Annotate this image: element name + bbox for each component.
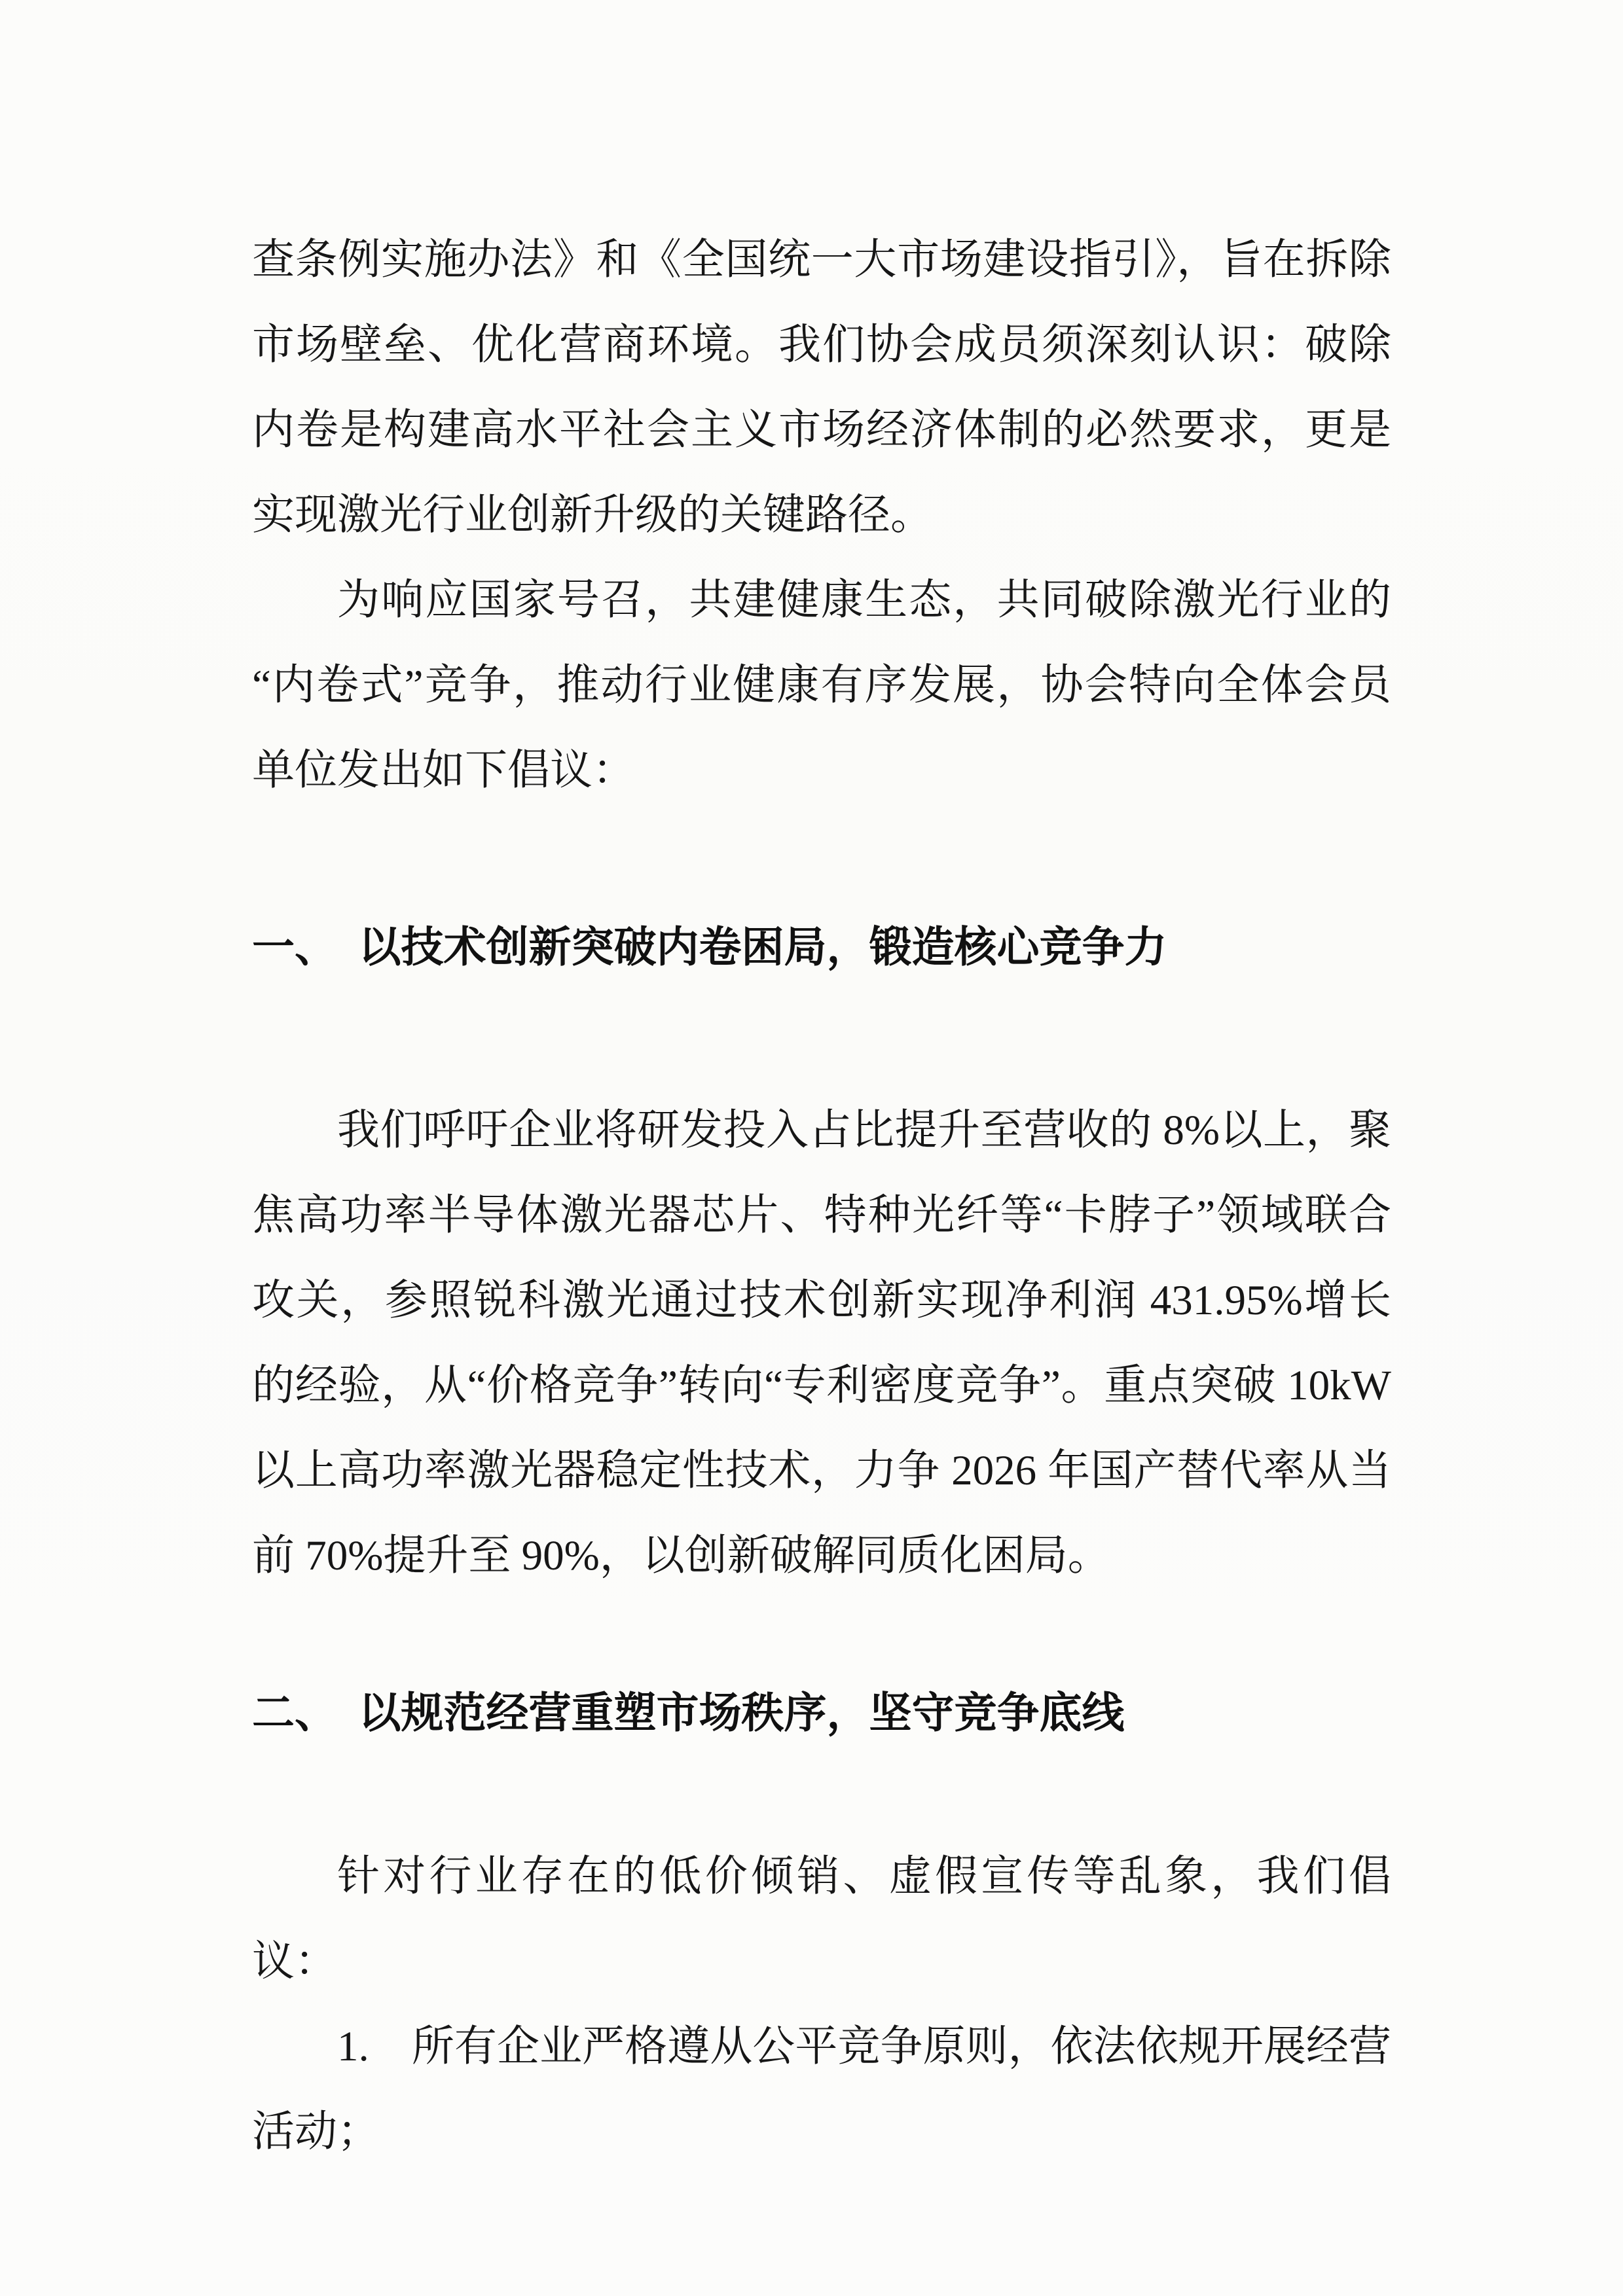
body-paragraph-continuation: 查条例实施办法》和《全国统一大市场建设指引》，旨在拆除市场壁垒、优化营商环境。我… xyxy=(252,217,1391,558)
body-paragraph-market-order: 针对行业存在的低价倾销、虚假宣传等乱象，我们倡议： xyxy=(252,1834,1391,2004)
document-body: 查条例实施办法》和《全国统一大市场建设指引》，旨在拆除市场壁垒、优化营商环境。我… xyxy=(252,217,1391,2174)
proposal-list-item-1: 1. 所有企业严格遵从公平竞争原则，依法依规开展经营活动； xyxy=(252,2004,1391,2174)
document-page: 查条例实施办法》和《全国统一大市场建设指引》，旨在拆除市场壁垒、优化营商环境。我… xyxy=(0,0,1623,2296)
section-heading-1: 一、 以技术创新突破内卷困局，锻造核心竞争力 xyxy=(252,905,1391,990)
body-paragraph-innovation: 我们呼吁企业将研发投入占比提升至营收的 8%以上，聚焦高功率半导体激光器芯片、特… xyxy=(252,1088,1391,1598)
section-heading-2: 二、 以规范经营重塑市场秩序，坚守竞争底线 xyxy=(252,1670,1391,1755)
body-paragraph-call-to-action: 为响应国家号召，共建健康生态，共同破除激光行业的“内卷式”竞争，推动行业健康有序… xyxy=(252,558,1391,813)
